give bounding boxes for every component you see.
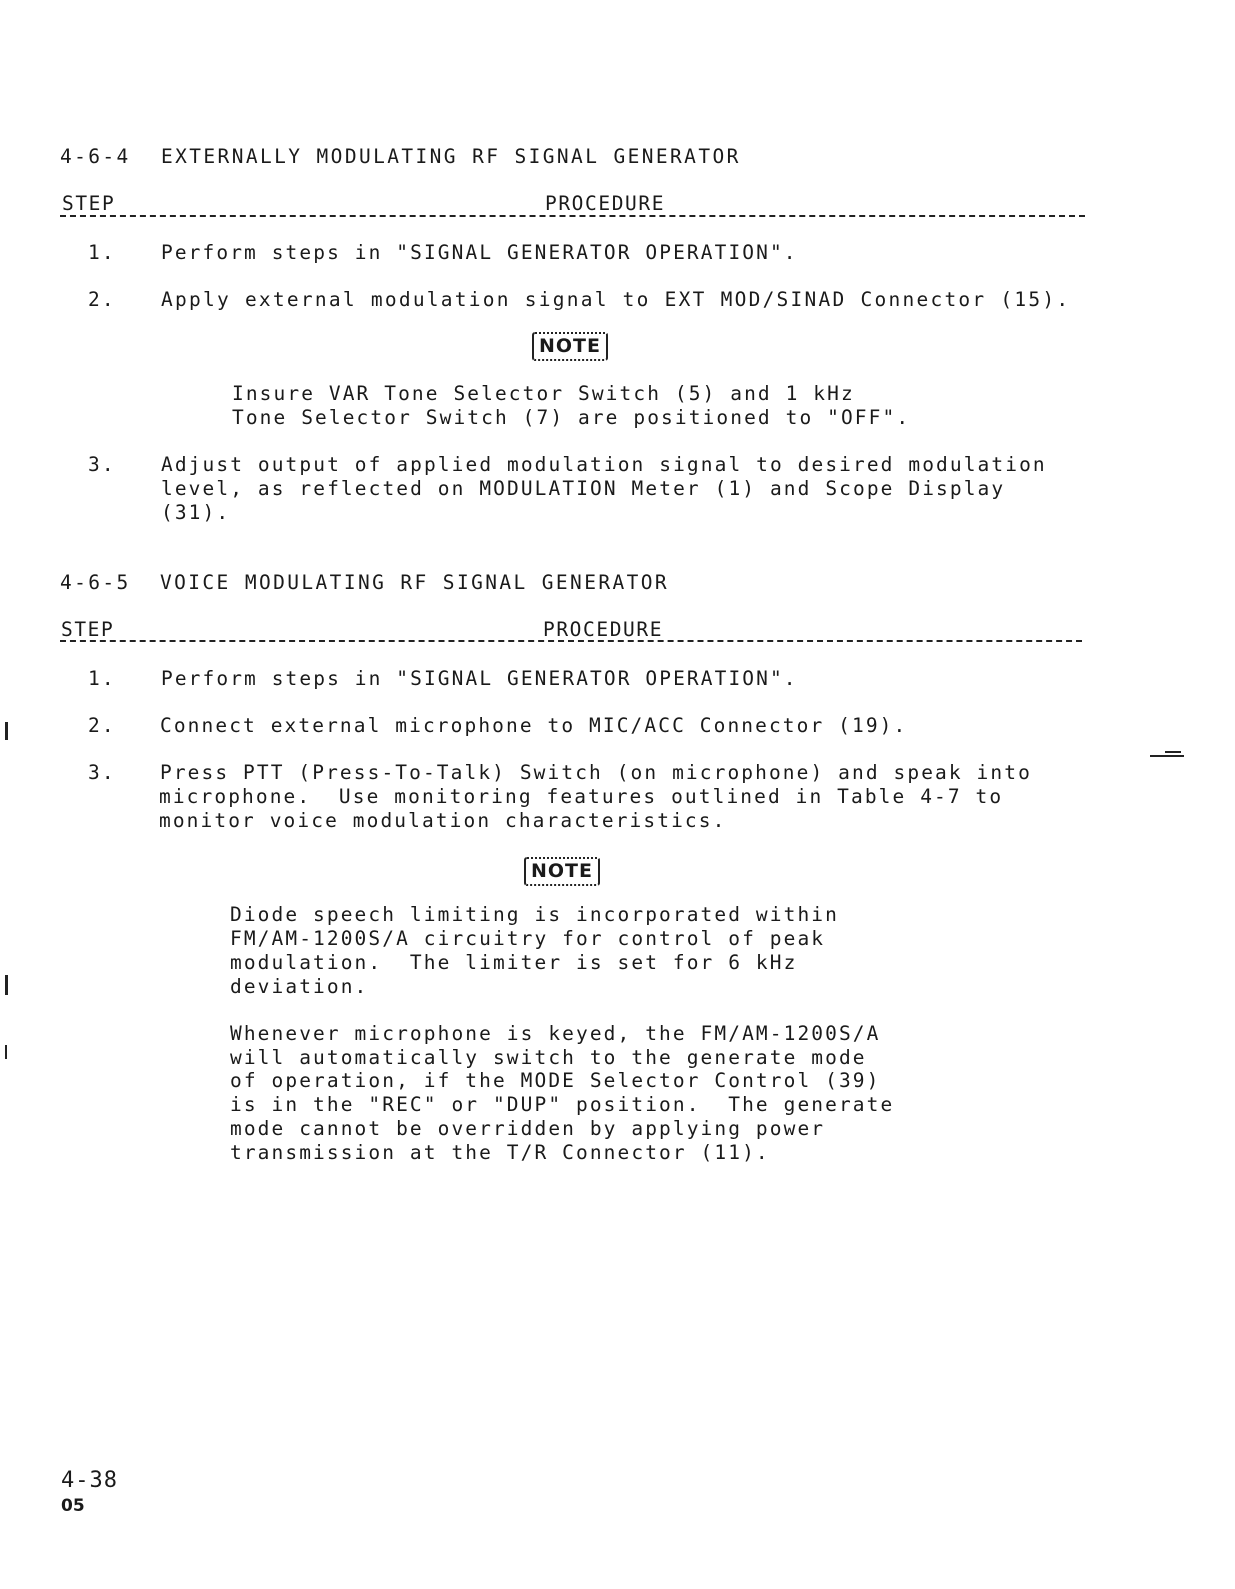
step-text: Connect external microphone to MIC/ACC C… [160,714,907,738]
step-number: 1. [88,241,116,265]
note-badge: NOTE [532,332,608,361]
section-number: 4-6-4 [60,145,131,168]
column-header-step: STEP [62,192,115,215]
note-text: mode cannot be overridden by applying po… [230,1117,825,1141]
revision-number: 05 [61,1496,85,1516]
step-number: 3. [88,761,116,785]
column-header-step: STEP [61,618,114,641]
section-title: VOICE MODULATING RF SIGNAL GENERATOR [160,571,669,594]
column-header-procedure: PROCEDURE [545,192,665,215]
note-text: Tone Selector Switch (7) are positioned … [232,406,910,430]
note-text: deviation. [230,975,368,999]
step-number: 2. [88,714,116,738]
section-title: EXTERNALLY MODULATING RF SIGNAL GENERATO… [161,145,741,168]
step-number: 3. [88,453,116,477]
note-text: transmission at the T/R Connector (11). [230,1141,770,1165]
revision-bar [1150,755,1184,757]
step-number: 2. [88,288,116,312]
scan-artifact [5,722,8,740]
note-text: Whenever microphone is keyed, the FM/AM-… [230,1022,880,1046]
note-text: FM/AM-1200S/A circuitry for control of p… [230,927,825,951]
note-text: modulation. The limiter is set for 6 kHz [230,951,797,975]
step-text: (31). [161,501,230,525]
note-text: is in the "REC" or "DUP" position. The g… [230,1093,894,1117]
revision-bar [1165,751,1181,753]
scan-artifact [5,1045,7,1059]
step-text: Apply external modulation signal to EXT … [161,288,1070,312]
step-text: Perform steps in "SIGNAL GENERATOR OPERA… [161,241,798,265]
step-text: Press PTT (Press-To-Talk) Switch (on mic… [160,761,1032,785]
note-badge: NOTE [524,857,600,886]
header-rule [60,215,1085,217]
header-rule [60,640,1082,642]
step-text: level, as reflected on MODULATION Meter … [161,477,1005,501]
scan-artifact [5,975,8,995]
step-text: microphone. Use monitoring features outl… [159,785,1003,809]
note-text: Diode speech limiting is incorporated wi… [230,903,839,927]
column-header-procedure: PROCEDURE [543,618,663,641]
step-text: monitor voice modulation characteristics… [159,809,726,833]
note-text: will automatically switch to the generat… [230,1046,867,1070]
note-text: Insure VAR Tone Selector Switch (5) and … [232,382,855,406]
step-text: Adjust output of applied modulation sign… [161,453,1047,477]
step-number: 1. [88,667,116,691]
section-number: 4-6-5 [60,571,131,594]
step-text: Perform steps in "SIGNAL GENERATOR OPERA… [161,667,798,691]
note-text: of operation, if the MODE Selector Contr… [230,1069,880,1093]
page-number: 4-38 [61,1468,118,1493]
